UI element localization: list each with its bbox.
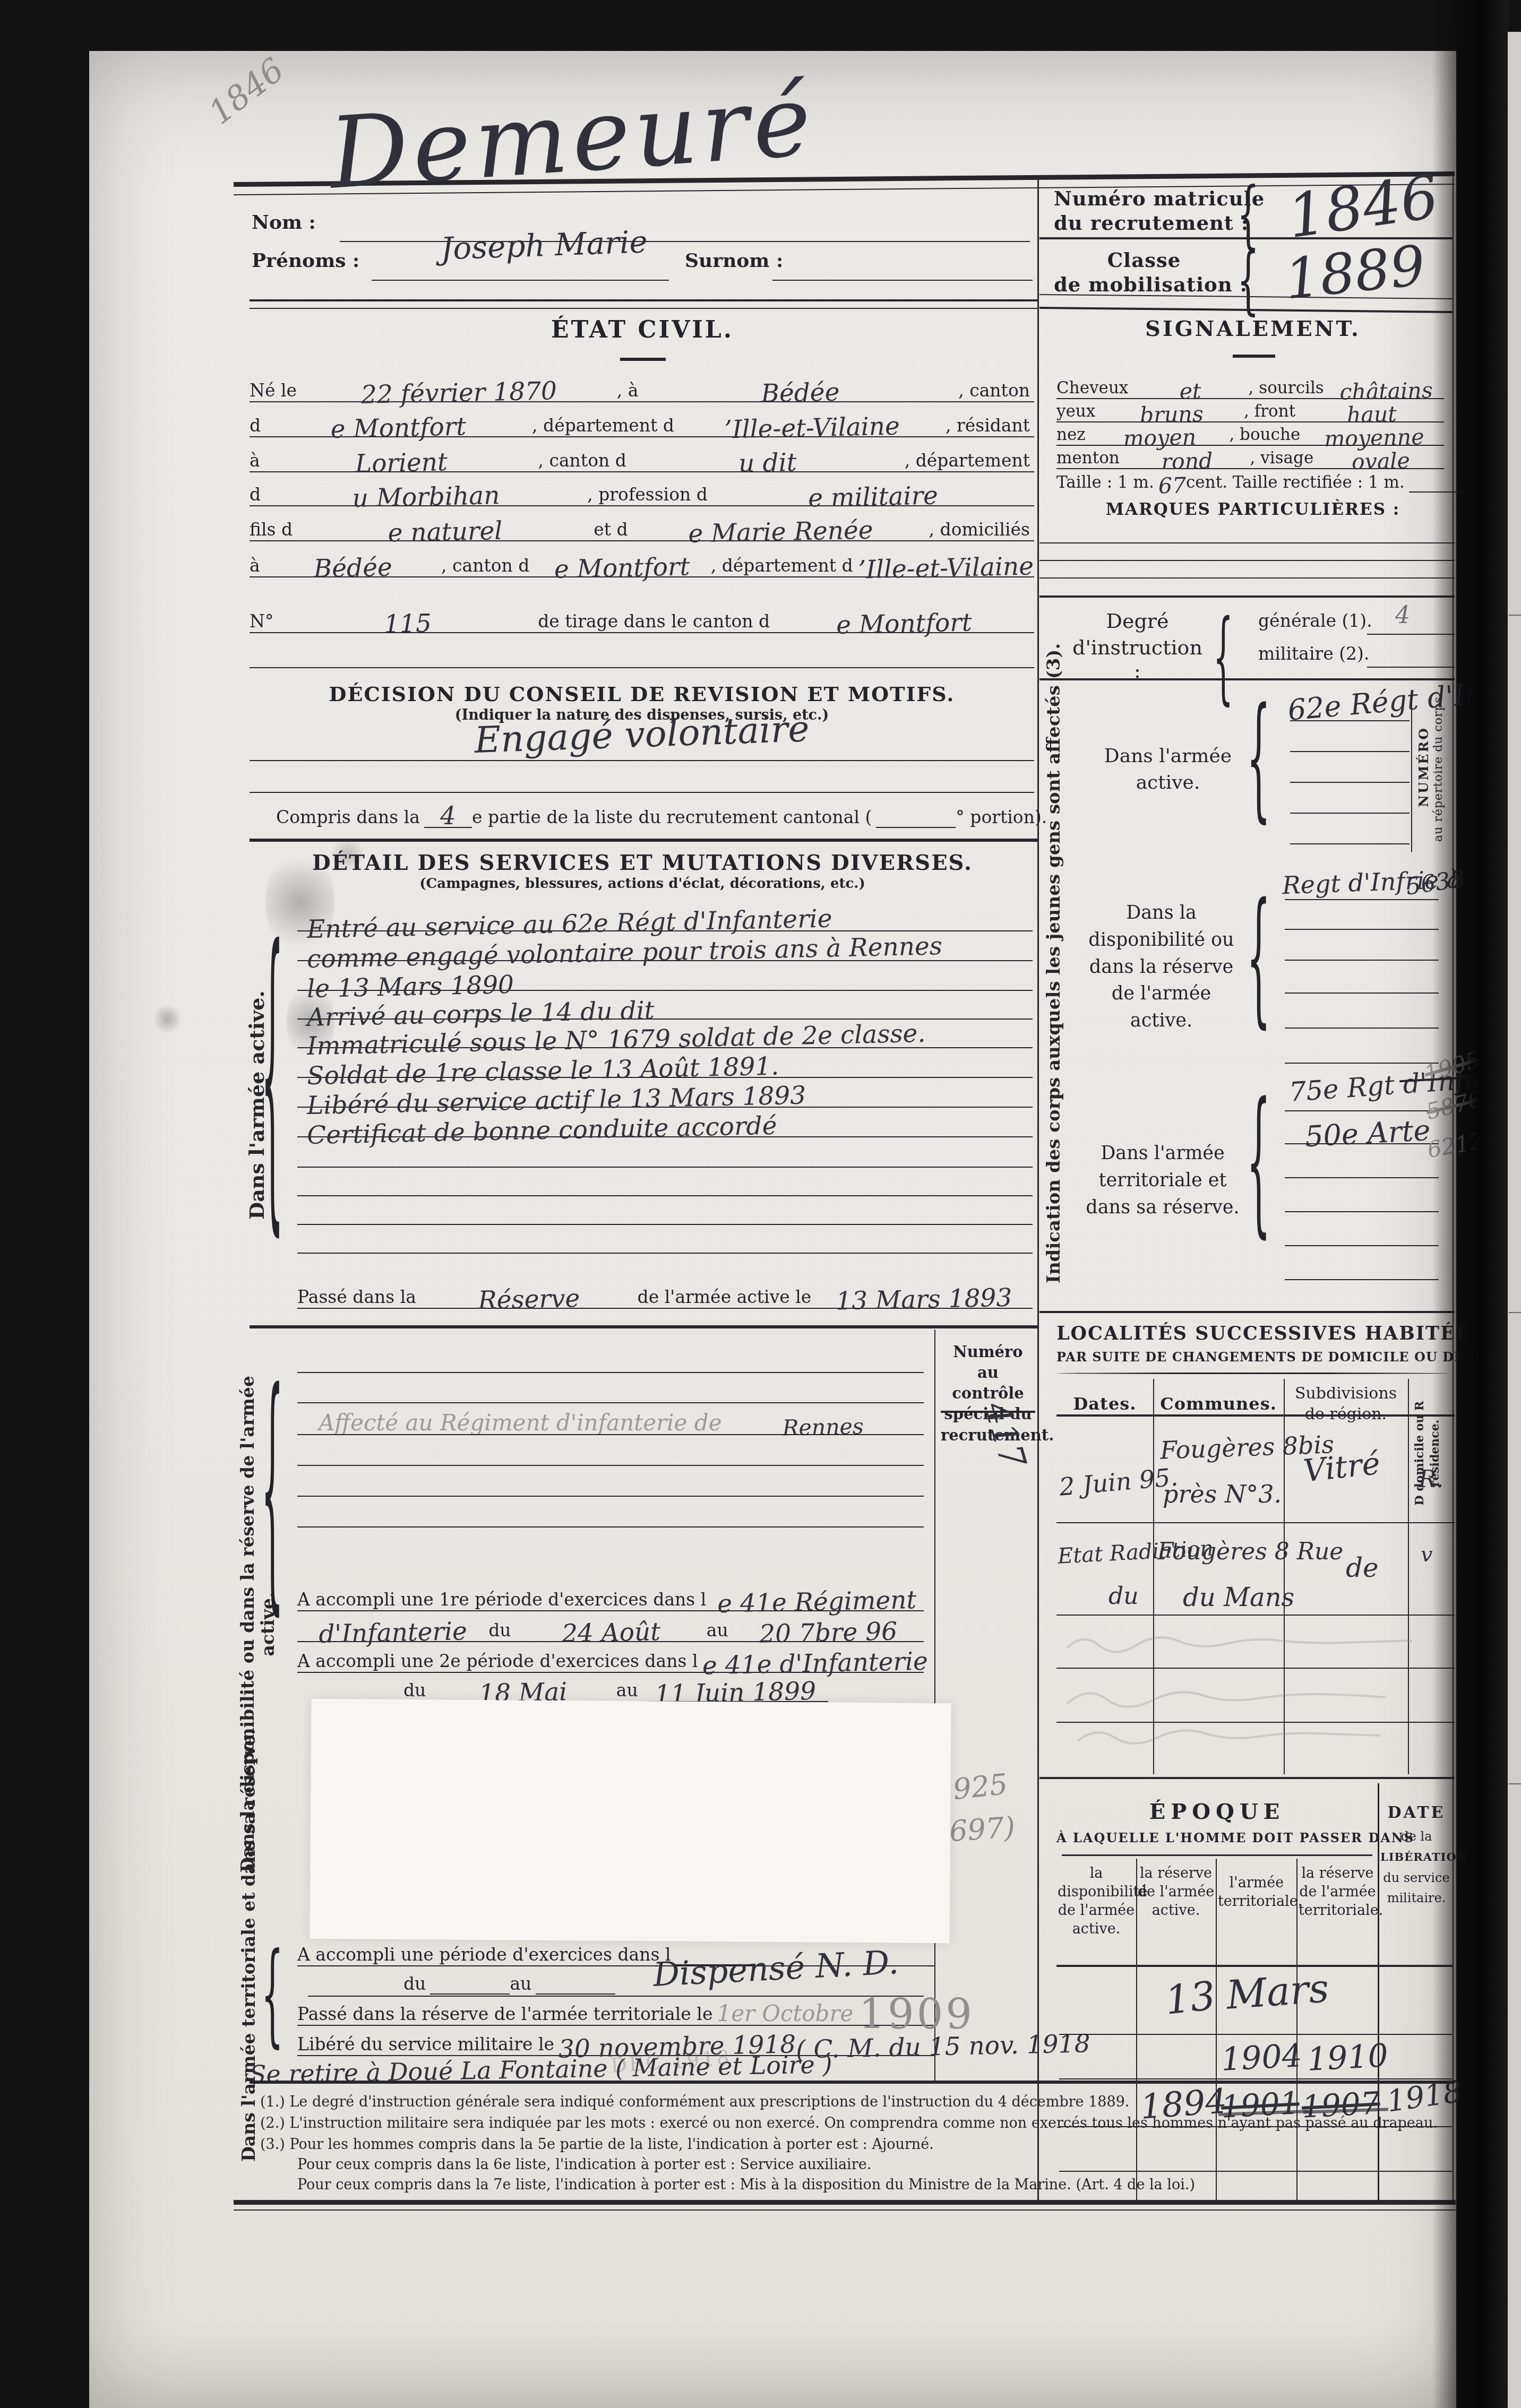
- printed-label: au: [510, 1974, 536, 1995]
- etat-civil-title: ÉTAT CIVIL.: [250, 316, 1035, 343]
- section-divider: [1039, 1311, 1455, 1313]
- signalement-line: yeuxbruns, fronthaut: [1056, 398, 1444, 422]
- printed-label: fils d: [250, 520, 297, 540]
- epoque-col1-header: la disponibilité de l'armée active.: [1058, 1864, 1135, 1938]
- service-entry: Certificat de bonne conduite accordé: [297, 1107, 1033, 1137]
- adjacent-page-edge: [1508, 32, 1521, 2408]
- curly-brace: [261, 1938, 283, 2049]
- ink-stain: [265, 849, 334, 955]
- prenoms-label: Prénoms :: [252, 249, 359, 272]
- epoque-1907-struck: 1907: [1301, 2085, 1381, 2125]
- blank-underline: [430, 1972, 510, 1995]
- handwritten-value: 1er Octobre: [717, 2003, 853, 2025]
- printed-label: , profession d: [587, 485, 712, 505]
- printed-label: au: [707, 1621, 733, 1641]
- line: [1285, 1211, 1439, 1212]
- printed-label: de tirage dans le canton d: [538, 612, 774, 632]
- printed-label: à: [250, 556, 264, 576]
- printed-label: , sourcils: [1249, 379, 1328, 398]
- printed-label: , canton d: [538, 451, 630, 471]
- col-dates: Dates.: [1056, 1394, 1153, 1414]
- line: [1290, 751, 1410, 752]
- section-divider: [1039, 595, 1455, 598]
- printed-label: , domiciliés: [929, 520, 1034, 540]
- printed-label: , département d: [711, 556, 857, 576]
- table-header-rule: [1056, 1965, 1378, 1967]
- handwritten-value: 4: [424, 805, 472, 828]
- footer-divider: [250, 2081, 1455, 2084]
- territoriale-value-2: 50e Arte: [1304, 1114, 1431, 1153]
- handwritten-value: Bédée: [264, 554, 441, 583]
- printed-label: , bouche: [1229, 426, 1304, 445]
- blank-line: [297, 1224, 1033, 1225]
- table-row-line: [1056, 1668, 1455, 1669]
- table-row-line: [1059, 2034, 1452, 2035]
- handwritten-value: Affecté au Régiment d'infanterie de: [319, 1412, 722, 1434]
- printed-label: à: [250, 451, 264, 471]
- blank-line: [297, 1372, 924, 1373]
- compris-line: Compris dans la4e partie de la liste du …: [276, 796, 1030, 828]
- periode2-line2: du18 Maiau11 Juin 1899: [403, 1672, 828, 1702]
- generale-value: 4: [1395, 602, 1410, 629]
- line: [1290, 843, 1410, 844]
- printed-label: Passé dans la: [297, 1288, 420, 1308]
- signalement-title: SIGNALEMENT.: [1056, 316, 1449, 341]
- service-entry: Arrivé au corps le 14 du dit: [297, 990, 1033, 1020]
- title-dash: [1233, 355, 1275, 358]
- services-title: DÉTAIL DES SERVICES ET MUTATIONS DIVERSE…: [250, 850, 1035, 875]
- handwritten-value: Rennes: [721, 1414, 924, 1440]
- line: [1285, 1143, 1439, 1144]
- blank-line: [297, 1402, 924, 1403]
- militaire-label: militaire (2).: [1258, 643, 1369, 664]
- swash-line: [1056, 1373, 1449, 1374]
- nom-label: Nom :: [252, 211, 316, 234]
- epoque-mars: Mars: [1225, 1965, 1330, 2018]
- table-bottom-rule: [1039, 1777, 1455, 1779]
- printed-label: menton: [1056, 449, 1124, 468]
- line: [1285, 1245, 1439, 1246]
- marques-label: MARQUES PARTICULIÈRES :: [1056, 500, 1449, 519]
- line: [1285, 1063, 1439, 1064]
- epoque-1901-struck: 1901: [1220, 2085, 1300, 2125]
- loc-row2-subdiv: de: [1346, 1552, 1379, 1583]
- printed-label: A accompli une 1re période d'exercices d…: [297, 1590, 710, 1610]
- handwritten-value: ’Ille-et-Vilaine: [857, 554, 1034, 583]
- affecte-stamp-line: Affecté au Régiment d'infanterie deRenne…: [319, 1405, 924, 1434]
- bottom-rule: [234, 2200, 1456, 2205]
- etat-civil-line: àLorient, canton du dit, département: [250, 437, 1034, 472]
- localites-subtitle: PAR SUITE DE CHANGEMENTS DE DOMICILE OU …: [1056, 1349, 1449, 1365]
- blank-line: [297, 1253, 1033, 1254]
- swash-line: [1062, 1854, 1372, 1856]
- numero-col-line: [1411, 690, 1412, 852]
- printed-label: , front: [1244, 402, 1300, 421]
- blank-line: [297, 1195, 1033, 1196]
- printed-label: nez: [1056, 426, 1090, 445]
- curly-brace: [1213, 606, 1233, 707]
- line: [1285, 1177, 1439, 1178]
- services-subtitle: (Campagnes, blessures, actions d'éclat, …: [250, 876, 1035, 892]
- printed-label: Compris dans la: [276, 808, 424, 828]
- printed-label: du: [488, 1621, 515, 1641]
- epoque-1894: 1894: [1139, 2082, 1228, 2127]
- printed-label: , département d: [532, 416, 678, 436]
- table-row-line: [1056, 1615, 1455, 1616]
- loc-row2-commune1: Fougères 8 Rue: [1157, 1538, 1343, 1565]
- loc-row1-commune2: près N°3.: [1163, 1480, 1282, 1508]
- surnom-label: Surnom :: [685, 249, 783, 272]
- col-communes: Communes.: [1153, 1394, 1284, 1414]
- degre-label-2: d'instruction :: [1070, 636, 1205, 683]
- printed-label: et d: [594, 520, 632, 540]
- printed-label: Libéré du service militaire le: [297, 2035, 558, 2055]
- decision-title: DÉCISION DU CONSEIL DE REVISION ET MOTIF…: [250, 682, 1034, 706]
- disponibilite-label: Dans la disponibilité ou dans la réserve…: [1080, 900, 1242, 1034]
- blank-line: [250, 667, 1034, 668]
- signalement-line: nezmoyen, bouchemoyenne: [1056, 421, 1444, 446]
- printed-label: A accompli une 2e période d'exercices da…: [297, 1652, 702, 1672]
- blank-underline: [536, 1972, 615, 1995]
- handwritten-value: 67: [1158, 474, 1186, 497]
- service-entry: comme engagé volontaire pour trois ans à…: [297, 930, 1033, 961]
- footnote: (1.) Le degré d'instruction générale ser…: [260, 2094, 1129, 2110]
- loc-row2-dr: v: [1421, 1542, 1433, 1567]
- etat-civil-line: fils de naturelet de Marie Renée, domici…: [250, 506, 1034, 541]
- decision-rule: [250, 760, 1034, 761]
- epoque-title: ÉPOQUE: [1056, 1799, 1378, 1824]
- table-header-rule: [1056, 1414, 1455, 1417]
- title-dash: [620, 358, 666, 361]
- printed-label: Taille : 1 m.: [1056, 473, 1158, 493]
- loc-row2-date2: du: [1108, 1583, 1139, 1610]
- column-divider: [1037, 177, 1039, 2203]
- printed-label: A accompli une période d'exercices dans …: [297, 1945, 675, 1965]
- section-divider: [250, 839, 1037, 842]
- line: [1285, 992, 1439, 994]
- tirage-line: N°115de tirage dans le canton de Montfor…: [250, 598, 1034, 633]
- scanned-register-sheet: 1846 Demeuré Nom : Prénoms : Joseph Mari…: [0, 0, 1521, 2408]
- handwritten-value: ( C. M. du 15 nov. 1918: [796, 2031, 1090, 2062]
- etat-civil-line: de Montfort, département d’Ille-et-Vilai…: [250, 402, 1034, 437]
- printed-label: e partie de la liste du recrutement cant…: [472, 808, 876, 828]
- periode2-line1: A accompli une 2e période d'exercices da…: [297, 1641, 924, 1673]
- table-line: [1378, 1783, 1379, 2200]
- line: [1290, 782, 1410, 783]
- line: [1290, 813, 1410, 814]
- territoriale-side-label: Dans l'armée territoriale et dans sa rés…: [239, 1728, 259, 2163]
- taille-line: Taille : 1 m.67cent. Taille rectifiée : …: [1056, 468, 1444, 493]
- blank-line: [297, 1526, 924, 1527]
- libere-line: Libéré du service militaire le30 novembr…: [297, 2025, 934, 2056]
- table-row-line: [1059, 2126, 1452, 2127]
- service-entry: Libéré du service actif le 13 Mars 1893: [297, 1077, 1033, 1108]
- printed-label: , canton: [958, 381, 1034, 401]
- blank-underline: [876, 806, 956, 828]
- localites-title: LOCALITÉS SUCCESSIVES HABITÉES: [1056, 1323, 1449, 1344]
- curly-brace: [1247, 884, 1271, 1030]
- handwritten-value: e Montfort: [534, 554, 711, 583]
- printed-label: du: [403, 1681, 430, 1701]
- table-row-line: [1059, 2078, 1452, 2079]
- line: [1285, 929, 1439, 930]
- blank-line: [250, 792, 1034, 793]
- printed-label: d: [250, 485, 265, 505]
- handwritten-value: Réserve: [420, 1285, 638, 1315]
- table-line: [1296, 1859, 1297, 2200]
- blank-line: [297, 1434, 924, 1435]
- service-entry: le 13 Mars 1890: [297, 960, 1033, 991]
- armee-active-label: Dans l'armée active.: [1094, 743, 1242, 797]
- numero-repertoire-l1: NUMÉRO: [1416, 687, 1432, 847]
- printed-label: cent. Taille rectifiée : 1 m.: [1186, 473, 1409, 493]
- footnote: Pour ceux compris dans la 7e liste, l'in…: [297, 2177, 1195, 2193]
- printed-label: yeux: [1056, 402, 1099, 421]
- periode1-line1: A accompli une 1re période d'exercices d…: [297, 1578, 924, 1611]
- col-subdivisions: Subdivisions de région.: [1284, 1383, 1408, 1425]
- adjacent-page-line: [1509, 615, 1521, 616]
- loc-row2-commune2: du Mans: [1183, 1583, 1294, 1612]
- curly-brace: [1237, 244, 1259, 317]
- printed-label: , canton d: [441, 556, 534, 576]
- blank-line: [297, 1167, 1033, 1168]
- surnom-line: [772, 280, 1033, 281]
- printed-label: Cheveux: [1056, 379, 1132, 398]
- epoque-col2-header: la réserve de l'armée active.: [1137, 1864, 1215, 1920]
- curly-brace: [1247, 1082, 1271, 1239]
- book-gutter: [1432, 0, 1509, 2408]
- footnote: (3.) Pour les hommes compris dans la 5e …: [260, 2136, 934, 2153]
- table-row-line: [1056, 1722, 1455, 1723]
- faint-pencil-scribble: [1062, 1624, 1433, 1661]
- etat-civil-line: àBédée, canton de Montfort, département …: [250, 542, 1034, 577]
- printed-label: , département: [905, 451, 1034, 471]
- etat-civil-line: du Morbihan, profession de militaire: [250, 471, 1034, 506]
- matricule-label-2: du recrutement :: [1054, 211, 1234, 235]
- passe-reserve-line: Passé dans laRéservede l'armée active le…: [297, 1275, 1033, 1309]
- line: [1285, 899, 1439, 900]
- passe-territoriale-line: Passé dans la réserve de l'armée territo…: [297, 1996, 934, 2026]
- printed-label: ° portion).: [956, 808, 1051, 828]
- service-entry: Entré au service au 62e Régt d'Infanteri…: [297, 900, 1033, 931]
- curly-brace: [1247, 690, 1271, 824]
- epoque-subtitle: À LAQUELLE L'HOMME DOIT PASSER DANS: [1056, 1830, 1378, 1845]
- pencil-note-1: 925: [951, 1767, 1009, 1806]
- prenoms-value: Joseph Marie: [440, 223, 648, 267]
- prenoms-line: [372, 280, 669, 281]
- adjacent-page-line: [1509, 1312, 1521, 1313]
- classe-label-1: Classe: [1054, 248, 1234, 272]
- blank-line: [1039, 542, 1455, 543]
- periode1-line2: d'Infanteriedu24 Aoûtau20 7bre 96: [297, 1610, 924, 1642]
- generale-label: générale (1).: [1258, 610, 1372, 631]
- table-row-line: [1059, 2171, 1452, 2172]
- table-row-line: [1056, 1522, 1455, 1523]
- epoque-1910: 1910: [1306, 2037, 1389, 2078]
- epoque-1904: 1904: [1220, 2037, 1303, 2078]
- printed-label: de l'armée active le: [638, 1288, 816, 1308]
- table-line: [1216, 1859, 1217, 2200]
- line: [1285, 960, 1439, 961]
- territoriale-label: Dans l'armée territoriale et dans sa rés…: [1086, 1140, 1240, 1221]
- signalement-line: mentonrond, visageovale: [1056, 445, 1444, 469]
- service-entry: Soldat de 1re classe le 13 Août 1891.: [297, 1047, 1033, 1078]
- etat-civil-line: Né le22 février 1870, àBédée, canton: [250, 367, 1034, 402]
- line: [1290, 720, 1410, 721]
- faint-pencil-scribble: [1062, 1677, 1433, 1757]
- section-divider: [250, 1325, 1037, 1328]
- printed-label: au: [616, 1681, 642, 1701]
- printed-label: , visage: [1250, 449, 1318, 468]
- epoque-col3-header: l'armée territoriale.: [1218, 1874, 1295, 1911]
- blank-line: [1039, 577, 1455, 579]
- signalement-line: Cheveuxet, sourcilschâtains: [1056, 374, 1444, 399]
- printed-label: Né le: [250, 381, 301, 401]
- line: [1285, 1028, 1439, 1029]
- adjacent-page-line: [1509, 1783, 1521, 1784]
- printed-label: , à: [617, 381, 643, 401]
- matricule-label-1: Numéro matricule: [1054, 187, 1234, 210]
- epoque-col4-header: la réserve de l'armée territoriale.: [1299, 1864, 1377, 1920]
- line: [1285, 1279, 1439, 1280]
- header-divider-thin: [250, 308, 1037, 309]
- footnote: Pour ceux compris dans la 6e liste, l'in…: [297, 2156, 871, 2173]
- classe-label-2: de mobilisation :: [1054, 273, 1234, 296]
- ink-stain: [154, 1003, 181, 1035]
- header-divider: [250, 299, 1037, 301]
- curly-brace: [261, 909, 283, 1236]
- line: [1285, 1110, 1439, 1111]
- ink-stain: [329, 839, 366, 870]
- ink-stain: [287, 982, 334, 1061]
- printed-label: , résidant: [946, 416, 1034, 436]
- service-entry: Immatriculé sous le N° 1679 soldat de 2e…: [297, 1019, 1033, 1048]
- pasted-blank-slip: [310, 1699, 951, 1943]
- pencil-note-2: 697): [948, 1810, 1016, 1849]
- blank-line: [297, 1465, 924, 1466]
- curly-brace: [261, 1359, 283, 1616]
- printed-label: du: [403, 1974, 430, 1995]
- blank-line: [1039, 560, 1455, 561]
- degre-label-1: Degré: [1070, 609, 1205, 633]
- epoque-13: 13: [1163, 1973, 1218, 2023]
- handwritten-value: 13 Mars 1893: [815, 1285, 1033, 1315]
- bottom-rule-thin: [234, 2210, 1456, 2211]
- blank-line: [297, 1496, 924, 1497]
- printed-label: d: [250, 416, 265, 436]
- printed-label: Passé dans la réserve de l'armée territo…: [297, 2005, 717, 2025]
- corps-side-label: Indication des corps auxquels les jeunes…: [1044, 684, 1064, 1283]
- printed-label: N°: [250, 612, 278, 632]
